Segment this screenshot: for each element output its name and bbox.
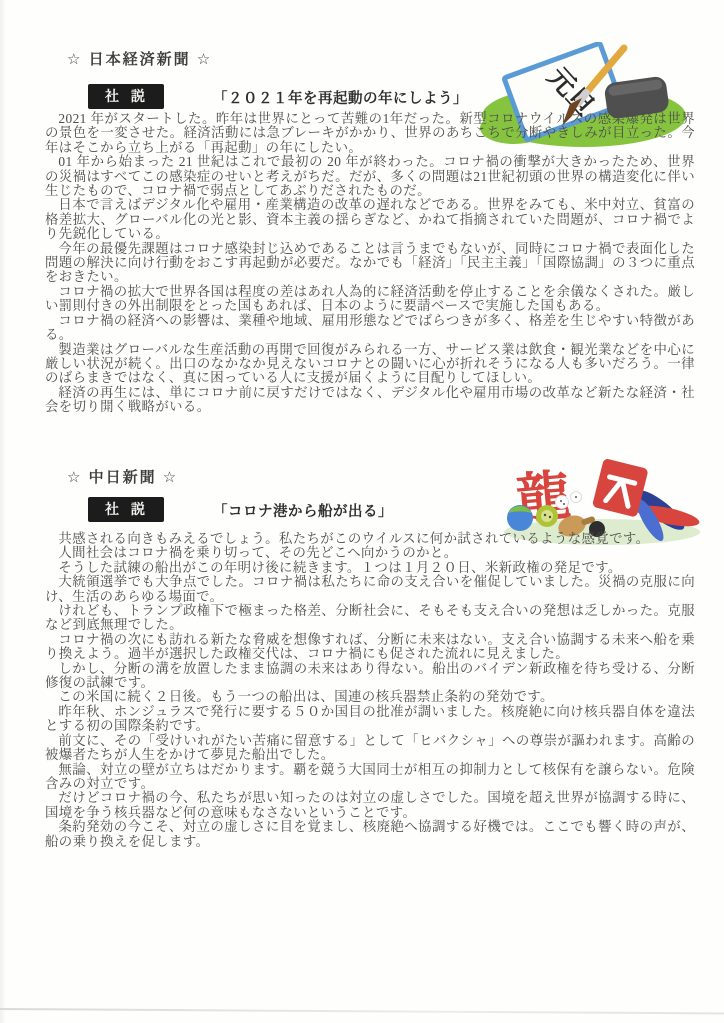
paragraph: この米国に続く２日後。もう一つの船出は、国連の核兵器禁止条約の発効です。 (45, 690, 695, 704)
editorial-headline-chunichi: 「コロナ港から船が出る」 (213, 500, 393, 521)
paragraph: 製造業はグローバルな生産活動の再開で回復がみられる一方、サービス業は飲食・観光業… (45, 343, 695, 386)
newspaper-title-chunichi: ☆ 中日新聞 ☆ (67, 466, 178, 487)
paragraph: 経済の再生には、単にコロナ前に戻すだけではなく、デジタル化や雇用市場の改革など新… (45, 386, 695, 415)
paragraph: しかし、分断の溝を放置したまま協調の未来はあり得ない。船出のバイデン新政権を待ち… (45, 662, 695, 691)
chunichi-editorial-body: 共感される向きもみえるでしょう。私たちがこのウイルスに何か試されているような感覚… (45, 532, 695, 849)
paragraph: 人間社会はコロナ禍を乗り切って、その先どこへ向かうのかと。 (45, 546, 695, 560)
paragraph: 大統領選挙でも大争点でした。コロナ禍は私たちに命の支え合いを催促していました。災… (45, 575, 695, 604)
newspaper-title-nikkei: ☆ 日本経済新聞 ☆ (67, 48, 212, 69)
editorial-badge: 社 説 (88, 84, 164, 109)
paragraph: コロナ禍の次にも訪れる新たな脅威を想像すれば、分断に未来はない。支え合い協調する… (45, 633, 695, 662)
editorial-badge: 社 説 (88, 497, 164, 522)
paragraph: 日本で言えばデジタル化や雇用・産業構造の改革の遅れなどである。世界をみても、米中… (45, 198, 695, 241)
paragraph: けれども、トランプ政権下で極まった格差、分断社会に、そもそも支え合いの発想は乏し… (45, 604, 695, 633)
scan-edge-shading (0, 0, 6, 1023)
editorial-headline-nikkei: 「２０２１年を再起動の年にしよう」 (213, 87, 468, 108)
paragraph: 今年の最優先課題はコロナ感染封じ込めであることは言うまでもないが、同時にコロナ禍… (45, 242, 695, 285)
paragraph: コロナ禍の拡大で世界各国は程度の差はあれ人為的に経済活動を停止することを余儀なく… (45, 285, 695, 314)
paragraph: コロナ禍の経済への影響は、業種や地域、雇用形態などでばらつきが多く、格差を生じや… (45, 314, 695, 343)
paragraph: 無論、対立の壁が立ちはだかります。覇を競う大国同士が相互の抑制力として核保有を譲… (45, 763, 695, 792)
paragraph: 条約発効の今こそ、対立の虚しさに目を覚まし、核廃絶へ協調する好機では。ここでも響… (45, 820, 695, 849)
scanned-document-page: ☆ 日本経済新聞 ☆ 社 説 「２０２１年を再起動の年にしよう」 元旦 2021… (0, 0, 724, 1023)
paragraph: 前文に、その「受けいれがたい苦痛に留意する」として「ヒバクシャ」への尊崇が謳われ… (45, 734, 695, 763)
paragraph: 2021 年がスタートした。昨年は世界にとって苦難の1年だった。新型コロナウイル… (45, 112, 695, 155)
nikkei-editorial-body: 2021 年がスタートした。昨年は世界にとって苦難の1年だった。新型コロナウイル… (45, 112, 695, 415)
paragraph: 昨年秋、ホンジュラスで発行に要する５０か国目の批准が調いました。核廃絶に向け核兵… (45, 705, 695, 734)
scan-artifact-line (0, 1008, 724, 1014)
paragraph: だけどコロナ禍の今、私たちが思い知ったのは対立の虚しさでした。国境を超え世界が協… (45, 791, 695, 820)
paragraph: 01 年から始まった 21 世紀はこれで最初の 20 年が終わった。コロナ禍の衝… (45, 155, 695, 198)
